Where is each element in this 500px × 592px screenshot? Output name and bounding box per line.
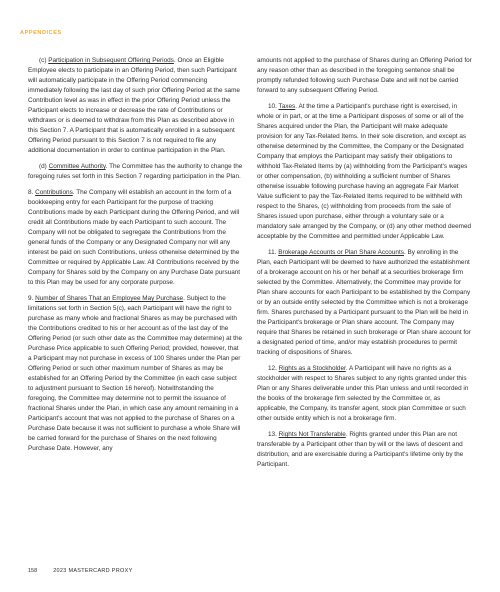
paragraph: 13. Rights Not Transferable. Rights gran…	[257, 430, 472, 470]
document-label: 2023 MASTERCARD PROXY	[53, 568, 132, 574]
section-body: . At the time a Participant's purchase r…	[257, 103, 471, 240]
section-number: 13.	[268, 431, 279, 438]
two-column-body: (c) Participation in Subsequent Offering…	[28, 56, 472, 476]
paragraph: (c) Participation in Subsequent Offering…	[28, 56, 243, 156]
paragraph: 12. Rights as a Stockholder. A Participa…	[257, 364, 472, 424]
right-column: amounts not applied to the purchase of S…	[257, 56, 472, 476]
section-heading: Rights as a Stockholder	[279, 365, 346, 372]
page-number: 158	[28, 568, 37, 574]
section-heading: Brokerage Accounts or Plan Share Account…	[278, 249, 404, 256]
page-footer: 158 2023 MASTERCARD PROXY	[28, 568, 133, 574]
section-body: . Subject to the limitations set forth i…	[28, 295, 242, 452]
section-number: (d)	[39, 163, 49, 170]
section-heading: Contributions	[35, 189, 73, 196]
section-heading: Rights Not Transferable	[279, 431, 346, 438]
section-body: amounts not applied to the purchase of S…	[257, 57, 472, 94]
section-heading: Participation in Subsequent Offering Per…	[48, 57, 174, 64]
paragraph: (d) Committee Authority. The Committee h…	[28, 162, 243, 182]
section-heading: Committee Authority	[49, 163, 106, 170]
section-body: . By enrolling in the Plan, each Partici…	[257, 249, 471, 356]
section-heading: Number of Shares That an Employee May Pu…	[35, 295, 183, 302]
left-column: (c) Participation in Subsequent Offering…	[28, 56, 243, 476]
section-body: . The Company will establish an account …	[28, 189, 240, 286]
section-number: (c)	[39, 57, 48, 64]
section-body: . Once an Eligible Employee elects to pa…	[28, 57, 240, 154]
section-number: 10.	[268, 103, 279, 110]
paragraph: 9. Number of Shares That an Employee May…	[28, 294, 243, 454]
section-body: . A Participant will have no rights as a…	[257, 365, 468, 422]
appendices-header: APPENDICES	[20, 30, 62, 36]
paragraph: 10. Taxes. At the time a Participant's p…	[257, 102, 472, 242]
section-number: 12.	[268, 365, 279, 372]
paragraph: 11. Brokerage Accounts or Plan Share Acc…	[257, 248, 472, 358]
paragraph: 8. Contributions. The Company will estab…	[28, 188, 243, 288]
document-page: APPENDICES (c) Participation in Subseque…	[0, 0, 500, 592]
section-number: 11.	[268, 249, 278, 256]
paragraph: amounts not applied to the purchase of S…	[257, 56, 472, 96]
section-heading: Taxes	[279, 103, 296, 110]
